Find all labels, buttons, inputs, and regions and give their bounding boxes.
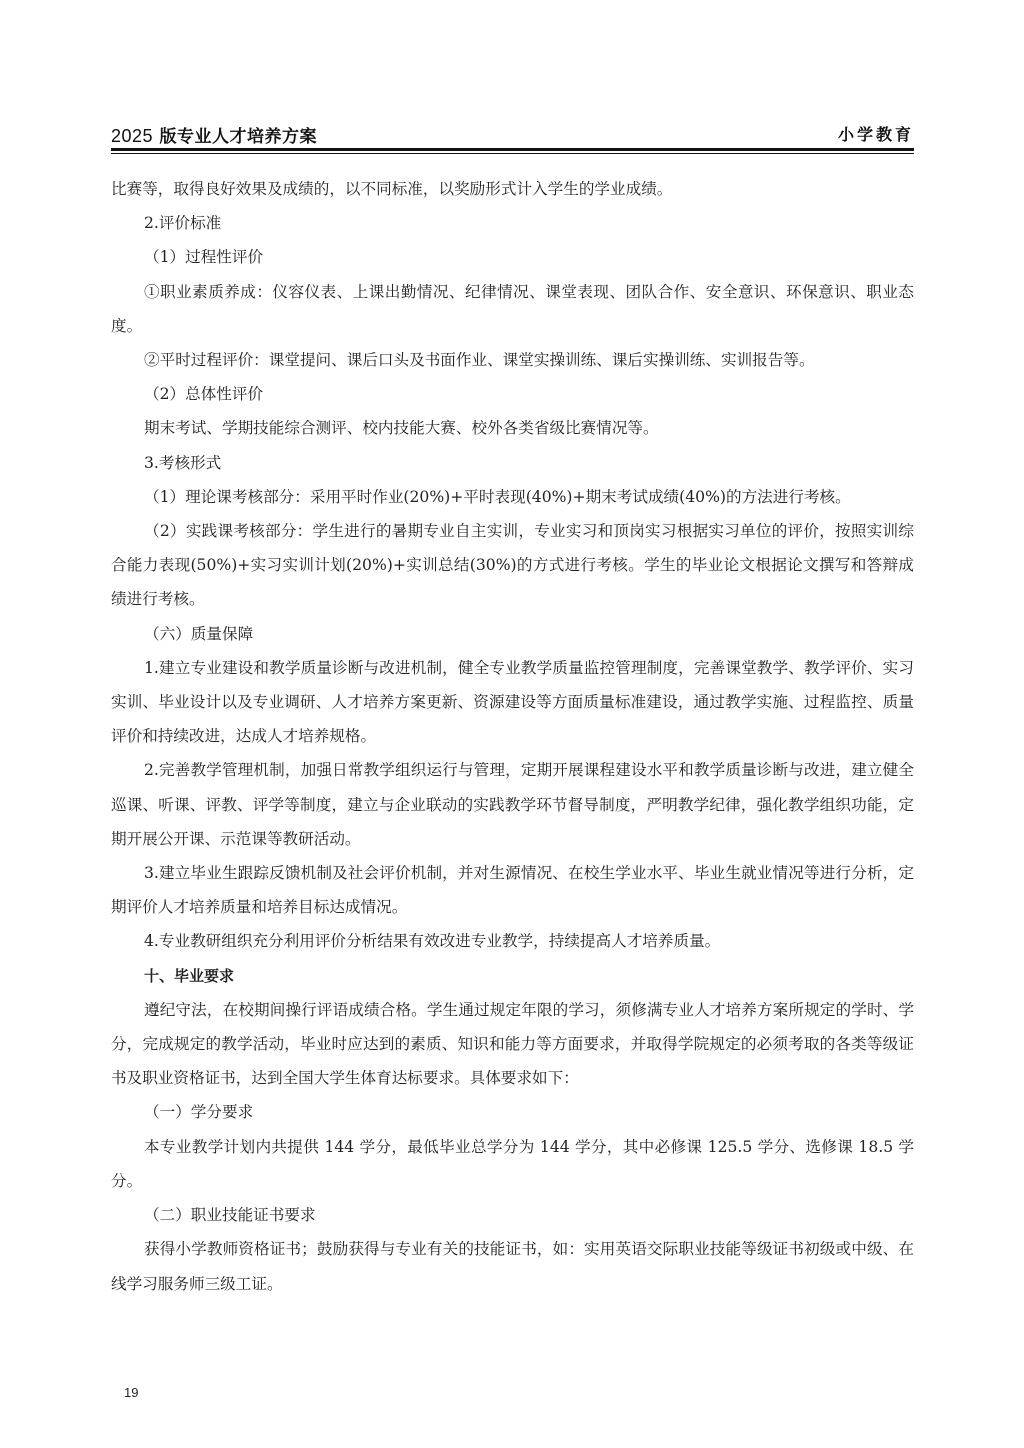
section-heading: （六）质量保障 [111, 617, 914, 651]
paragraph: ②平时过程评价：课堂提问、课后口头及书面作业、课堂实操训练、课后实操训练、实训报… [111, 343, 914, 377]
paragraph: 4.专业教研组织充分利用评价分析结果有效改进专业教学，持续提高人才培养质量。 [111, 924, 914, 958]
paragraph: （1）理论课考核部分：采用平时作业(20%)+平时表现(40%)+期末考试成绩(… [111, 480, 914, 514]
paragraph: 比赛等，取得良好效果及成绩的，以不同标准，以奖励形式计入学生的学业成绩。 [111, 172, 914, 206]
paragraph: 本专业教学计划内共提供 144 学分，最低毕业总学分为 144 学分，其中必修课… [111, 1130, 914, 1198]
paragraph: 期末考试、学期技能综合测评、校内技能大赛、校外各类省级比赛情况等。 [111, 411, 914, 445]
paragraph: 遵纪守法，在校期间操行评语成绩合格。学生通过规定年限的学习，须修满专业人才培养方… [111, 993, 914, 1096]
subsection-heading: （二）职业技能证书要求 [111, 1198, 914, 1232]
document-title: 2025 版专业人才培养方案 [111, 122, 317, 147]
header-rule-thick [111, 148, 914, 151]
document-year: 2025 [111, 126, 153, 146]
paragraph: （2）实践课考核部分：学生进行的暑期专业自主实训，专业实习和顶岗实习根据实习单位… [111, 514, 914, 617]
paragraph: 3.建立毕业生跟踪反馈机制及社会评价机制，并对生源情况、在校生学业水平、毕业生就… [111, 856, 914, 924]
document-title-text: 版专业人才培养方案 [153, 127, 317, 147]
major-name: 小学教育 [838, 122, 914, 145]
paragraph: 1.建立专业建设和教学质量诊断与改进机制，健全专业教学质量监控管理制度，完善课堂… [111, 651, 914, 754]
chapter-heading: 十、毕业要求 [111, 959, 914, 993]
paragraph: 2.完善教学管理机制，加强日常教学组织运行与管理，定期开展课程建设水平和教学质量… [111, 753, 914, 856]
subsection-heading: （1）过程性评价 [111, 240, 914, 274]
header-rule-thin [111, 153, 914, 154]
section-heading: 2.评价标准 [111, 206, 914, 240]
subsection-heading: （一）学分要求 [111, 1095, 914, 1129]
page-header: 2025 版专业人才培养方案 小学教育 [111, 122, 914, 146]
paragraph: 获得小学教师资格证书；鼓励获得与专业有关的技能证书，如：实用英语交际职业技能等级… [111, 1232, 914, 1300]
page-number: 19 [124, 1385, 138, 1400]
body-text: 比赛等，取得良好效果及成绩的，以不同标准，以奖励形式计入学生的学业成绩。 2.评… [111, 172, 914, 1301]
section-heading: 3.考核形式 [111, 446, 914, 480]
paragraph: ①职业素质养成：仪容仪表、上课出勤情况、纪律情况、课堂表现、团队合作、安全意识、… [111, 275, 914, 343]
subsection-heading: （2）总体性评价 [111, 377, 914, 411]
